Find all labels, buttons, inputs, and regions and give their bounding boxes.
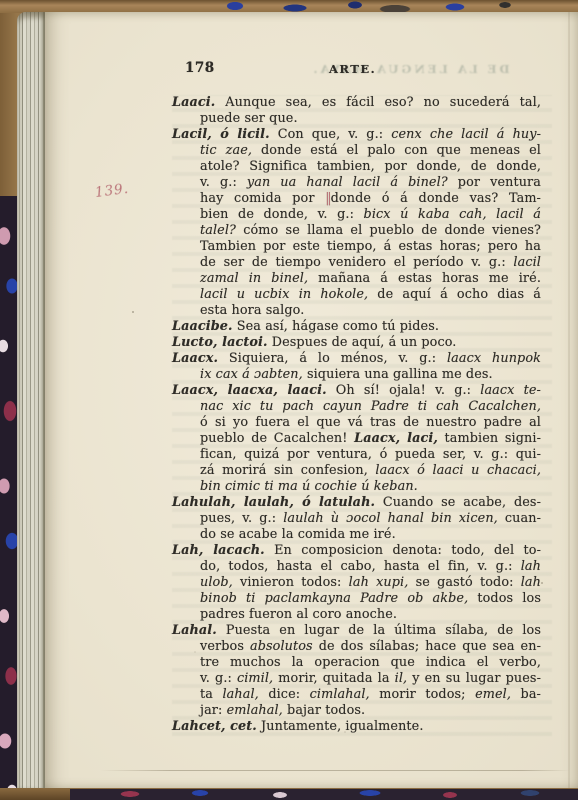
text-segment: lacil (513, 255, 541, 270)
text-segment: cimil, (237, 671, 273, 686)
text-line: Lahal. Puesta en lugar de la última síla… (172, 623, 541, 639)
text-segment: morir, quitada la (273, 671, 394, 686)
text-segment: cimlahal, (310, 687, 370, 702)
text-segment: emel, (475, 687, 511, 702)
text-line: fican, quizá por ventura, ó pueda ser, v… (172, 447, 541, 463)
text-line: zamal in binel, mañana á estas horas me … (172, 271, 541, 287)
text-segment: de dos sílabas; hace que sea en- (313, 639, 541, 654)
entry-headword: Lahcet, cet. (172, 719, 257, 734)
page-right-edge-line (568, 12, 570, 790)
text-segment: pueblo de Cacalchen! (200, 431, 354, 446)
text-line: de ser de tiempo venidero el período v. … (172, 255, 541, 271)
text-segment: ba- (511, 687, 541, 702)
text-line: ulob, vinieron todos: lah xupi, se gastó… (172, 575, 541, 591)
text-segment: do, todos, hasta el cabo, hasta el fin, … (200, 559, 521, 574)
text-line: Laacx, laacxa, laaci. Oh sí! ojala! v. g… (172, 383, 541, 399)
text-line: binob ti paclamkayna Padre ob akbe, todo… (172, 591, 541, 607)
entry-headword: Laacx, laacxa, laaci. (172, 383, 327, 398)
text-line: Lacil, ó licil. Con que, v. g.: cenx che… (172, 127, 541, 143)
text-line: puede ser que. (172, 111, 541, 127)
text-line: do se acabe la comida me iré. (172, 527, 541, 543)
text-segment: tre muchos la operacion que indica el ve… (200, 655, 541, 670)
text-segment: verbos (200, 639, 250, 654)
text-segment: absolutos (250, 639, 313, 654)
text-segment: tambien signi- (438, 431, 541, 446)
text-segment: tic zae, (200, 143, 252, 158)
text-line: jar: emlahal, bajar todos. (172, 703, 541, 719)
dictionary-entry: Laacx, laacxa, laaci. Oh sí! ojala! v. g… (172, 383, 541, 495)
entry-headword: Lahulah, laulah, ó latulah. (172, 495, 375, 510)
text-segment: binob ti paclamkayna Padre ob akbe, (200, 591, 468, 606)
text-segment: do se acabe la comida me iré. (200, 527, 396, 542)
text-segment: laacx hunpok (447, 351, 541, 366)
text-line: ó si yo fuera el que vá tras de nuestro … (172, 415, 541, 431)
text-segment: siquiera una gallina me des. (303, 367, 493, 382)
text-line: Laacx. Siquiera, á lo ménos, v. g.: laac… (172, 351, 541, 367)
text-line: Lahcet, cet. Juntamente, igualmente. (172, 719, 541, 735)
running-title: ARTE. (329, 62, 376, 76)
marbled-endpaper-left (0, 196, 17, 800)
text-line: Lucto, lactoi. Despues de aquí, á un poc… (172, 335, 541, 351)
text-segment: lacil u ucbix in hokole, (200, 287, 368, 302)
entry-headword: Laaci. (172, 95, 215, 110)
text-segment: En composicion denota: todo, del to- (265, 543, 541, 558)
dictionary-entry: Laacx. Siquiera, á lo ménos, v. g.: laac… (172, 351, 541, 383)
text-segment: Tambien por este tiempo, á estas horas; … (200, 239, 541, 254)
text-segment: laulah ù ɔocol hanal bin xicen, (283, 511, 498, 526)
text-segment: Aunque sea, es fácil eso? no sucederá ta… (215, 95, 541, 110)
red-insertion-mark: ‖ (325, 191, 330, 206)
text-segment: laacx te- (480, 383, 541, 398)
text-line: zá morirá sin confesion, laacx ó laaci u… (172, 463, 541, 479)
dictionary-entry: Lucto, lactoi. Despues de aquí, á un poc… (172, 335, 541, 351)
text-segment: bicx ú kaba cah, lacil á (364, 207, 541, 222)
text-segment: ulob, (200, 575, 233, 590)
text-segment: Puesta en lugar de la última sílaba, de … (217, 623, 541, 638)
text-line: pues, v. g.: laulah ù ɔocol hanal bin xi… (172, 511, 541, 527)
text-segment: jar: (200, 703, 227, 718)
text-segment: lahal, (222, 687, 258, 702)
underpage-edge-line (100, 770, 570, 771)
text-line: Tambien por este tiempo, á estas horas; … (172, 239, 541, 255)
text-segment: por ventura (448, 175, 541, 190)
text-segment: lah (521, 575, 541, 590)
text-segment: fican, quizá por ventura, ó pueda ser, v… (200, 447, 541, 462)
text-segment: Con que, v. g.: (270, 127, 392, 142)
dictionary-entry: Laaci. Aunque sea, es fácil eso? no suce… (172, 95, 541, 127)
text-segment: esta hora salgo. (200, 303, 304, 318)
text-line: atole? Significa tambien, por donde, de … (172, 159, 541, 175)
text-segment: dice: (259, 687, 310, 702)
text-segment: Siquiera, á lo ménos, v. g.: (218, 351, 447, 366)
text-segment: cómo se llama el pueblo de donde vienes? (236, 223, 541, 238)
dictionary-entry: Lahcet, cet. Juntamente, igualmente. (172, 719, 541, 735)
text-segment: bin cimic ti ma ú cochie ú keban. (200, 479, 418, 494)
entry-headword: Lahal. (172, 623, 217, 638)
text-line: tic zae, donde está el palo con que mene… (172, 143, 541, 159)
text-segment: se gastó todo: (408, 575, 520, 590)
text-segment: ix cax á ɔabten, (200, 367, 303, 382)
text-segment: zamal in binel, (200, 271, 308, 286)
text-segment: Cuando se acabe, des- (375, 495, 541, 510)
text-segment: hay comida por (200, 191, 325, 206)
text-segment: de aquí á ocho dias á (368, 287, 541, 302)
text-line: do, todos, hasta el cabo, hasta el fin, … (172, 559, 541, 575)
text-line: tre muchos la operacion que indica el ve… (172, 655, 541, 671)
entry-headword: Laacibe. (172, 319, 233, 334)
dictionary-entry: Lah, lacach. En composicion denota: todo… (172, 543, 541, 623)
text-segment: y en su lugar pues- (407, 671, 541, 686)
text-segment: cuan- (498, 511, 541, 526)
entry-headword: Lucto, lactoi. (172, 335, 268, 350)
text-line: lacil u ucbix in hokole, de aquí á ocho … (172, 287, 541, 303)
text-segment: padres fueron al coro anoche. (200, 607, 397, 622)
text-segment: zá morirá sin confesion, (200, 463, 375, 478)
text-segment: atole? Significa tambien, por donde, de … (200, 159, 541, 174)
text-line: Lah, lacach. En composicion denota: todo… (172, 543, 541, 559)
text-segment: donde está el palo con que meneas el (252, 143, 541, 158)
text-segment: todos los (468, 591, 541, 606)
text-segment: Juntamente, igualmente. (257, 719, 424, 734)
text-segment: lah (521, 559, 541, 574)
text-segment: donde ó á donde vas? Tam- (331, 191, 541, 206)
text-line: v. g.: yan ua hanal lacil á binel? por v… (172, 175, 541, 191)
text-line: ta lahal, dice: cimlahal, morir todos; e… (172, 687, 541, 703)
text-line: hay comida por ‖donde ó á donde vas? Tam… (172, 191, 541, 207)
text-line: talel? cómo se llama el pueblo de donde … (172, 223, 541, 239)
entry-headword: Lacil, ó licil. (172, 127, 270, 142)
text-line: bien de donde, v. g.: bicx ú kaba cah, l… (172, 207, 541, 223)
text-segment: v. g.: (200, 175, 247, 190)
text-segment: morir todos; (370, 687, 475, 702)
page-stack-edges (17, 12, 45, 790)
dictionary-entry: Laacibe. Sea así, hágase como tú pides. (172, 319, 541, 335)
text-segment: Despues de aquí, á un poco. (268, 335, 457, 350)
text-segment: puede ser que. (200, 111, 298, 126)
text-segment: vinieron todos: (233, 575, 349, 590)
text-segment: Oh sí! ojala! v. g.: (327, 383, 481, 398)
entry-list: Laaci. Aunque sea, es fácil eso? no suce… (172, 95, 541, 735)
dictionary-entry: Lahal. Puesta en lugar de la última síla… (172, 623, 541, 719)
text-segment: talel? (200, 223, 236, 238)
text-segment: bien de donde, v. g.: (200, 207, 364, 222)
text-segment: pues, v. g.: (200, 511, 283, 526)
text-segment: bajar todos. (283, 703, 365, 718)
text-segment: de ser de tiempo venidero el período v. … (200, 255, 513, 270)
text-segment: emlahal, (227, 703, 283, 718)
handwritten-margin-note: 139. (94, 181, 130, 201)
text-segment: ta (200, 687, 222, 702)
text-segment: il, (395, 671, 408, 686)
text-segment: mañana á estas horas me iré. (308, 271, 541, 286)
page-number: 178 (185, 60, 215, 76)
text-line: v. g.: cimil, morir, quitada la il, y en… (172, 671, 541, 687)
text-line: bin cimic ti ma ú cochie ú keban. (172, 479, 541, 495)
text-line: padres fueron al coro anoche. (172, 607, 541, 623)
text-line: Lahulah, laulah, ó latulah. Cuando se ac… (172, 495, 541, 511)
marbled-bottom-edge (70, 789, 578, 800)
text-line: nac xic tu pach cayun Padre ti cah Cacal… (172, 399, 541, 415)
text-line: pueblo de Cacalchen! Laacx, laci, tambie… (172, 431, 541, 447)
entry-headword: Laacx. (172, 351, 218, 366)
text-segment: nac xic tu pach cayun Padre ti cah Cacal… (200, 399, 541, 414)
entry-headword: Laacx, laci, (354, 431, 438, 446)
text-segment: cenx che lacil á huy- (391, 127, 541, 142)
text-line: ix cax á ɔabten, siquiera una gallina me… (172, 367, 541, 383)
text-segment: laacx ó laaci u chacaci, (375, 463, 541, 478)
text-line: esta hora salgo. (172, 303, 541, 319)
dictionary-entry: Lahulah, laulah, ó latulah. Cuando se ac… (172, 495, 541, 543)
entry-headword: Lah, lacach. (172, 543, 265, 558)
text-segment: yan ua hanal lacil á binel? (247, 175, 448, 190)
book-scan: DE LA LENGUA MAYA. 178 ARTE. 139. Laaci.… (0, 0, 578, 800)
text-segment: ó si yo fuera el que vá tras de nuestro … (200, 415, 541, 430)
text-line: Laacibe. Sea así, hágase como tú pides. (172, 319, 541, 335)
text-segment: v. g.: (200, 671, 237, 686)
dictionary-entry: Lacil, ó licil. Con que, v. g.: cenx che… (172, 127, 541, 319)
text-segment: Sea así, hágase como tú pides. (233, 319, 439, 334)
book-page: DE LA LENGUA MAYA. 178 ARTE. 139. Laaci.… (45, 12, 578, 790)
page-header: 178 ARTE. (172, 60, 541, 78)
text-segment: lah xupi, (349, 575, 409, 590)
text-line: Laaci. Aunque sea, es fácil eso? no suce… (172, 95, 541, 111)
text-line: verbos absolutos de dos sílabas; hace qu… (172, 639, 541, 655)
